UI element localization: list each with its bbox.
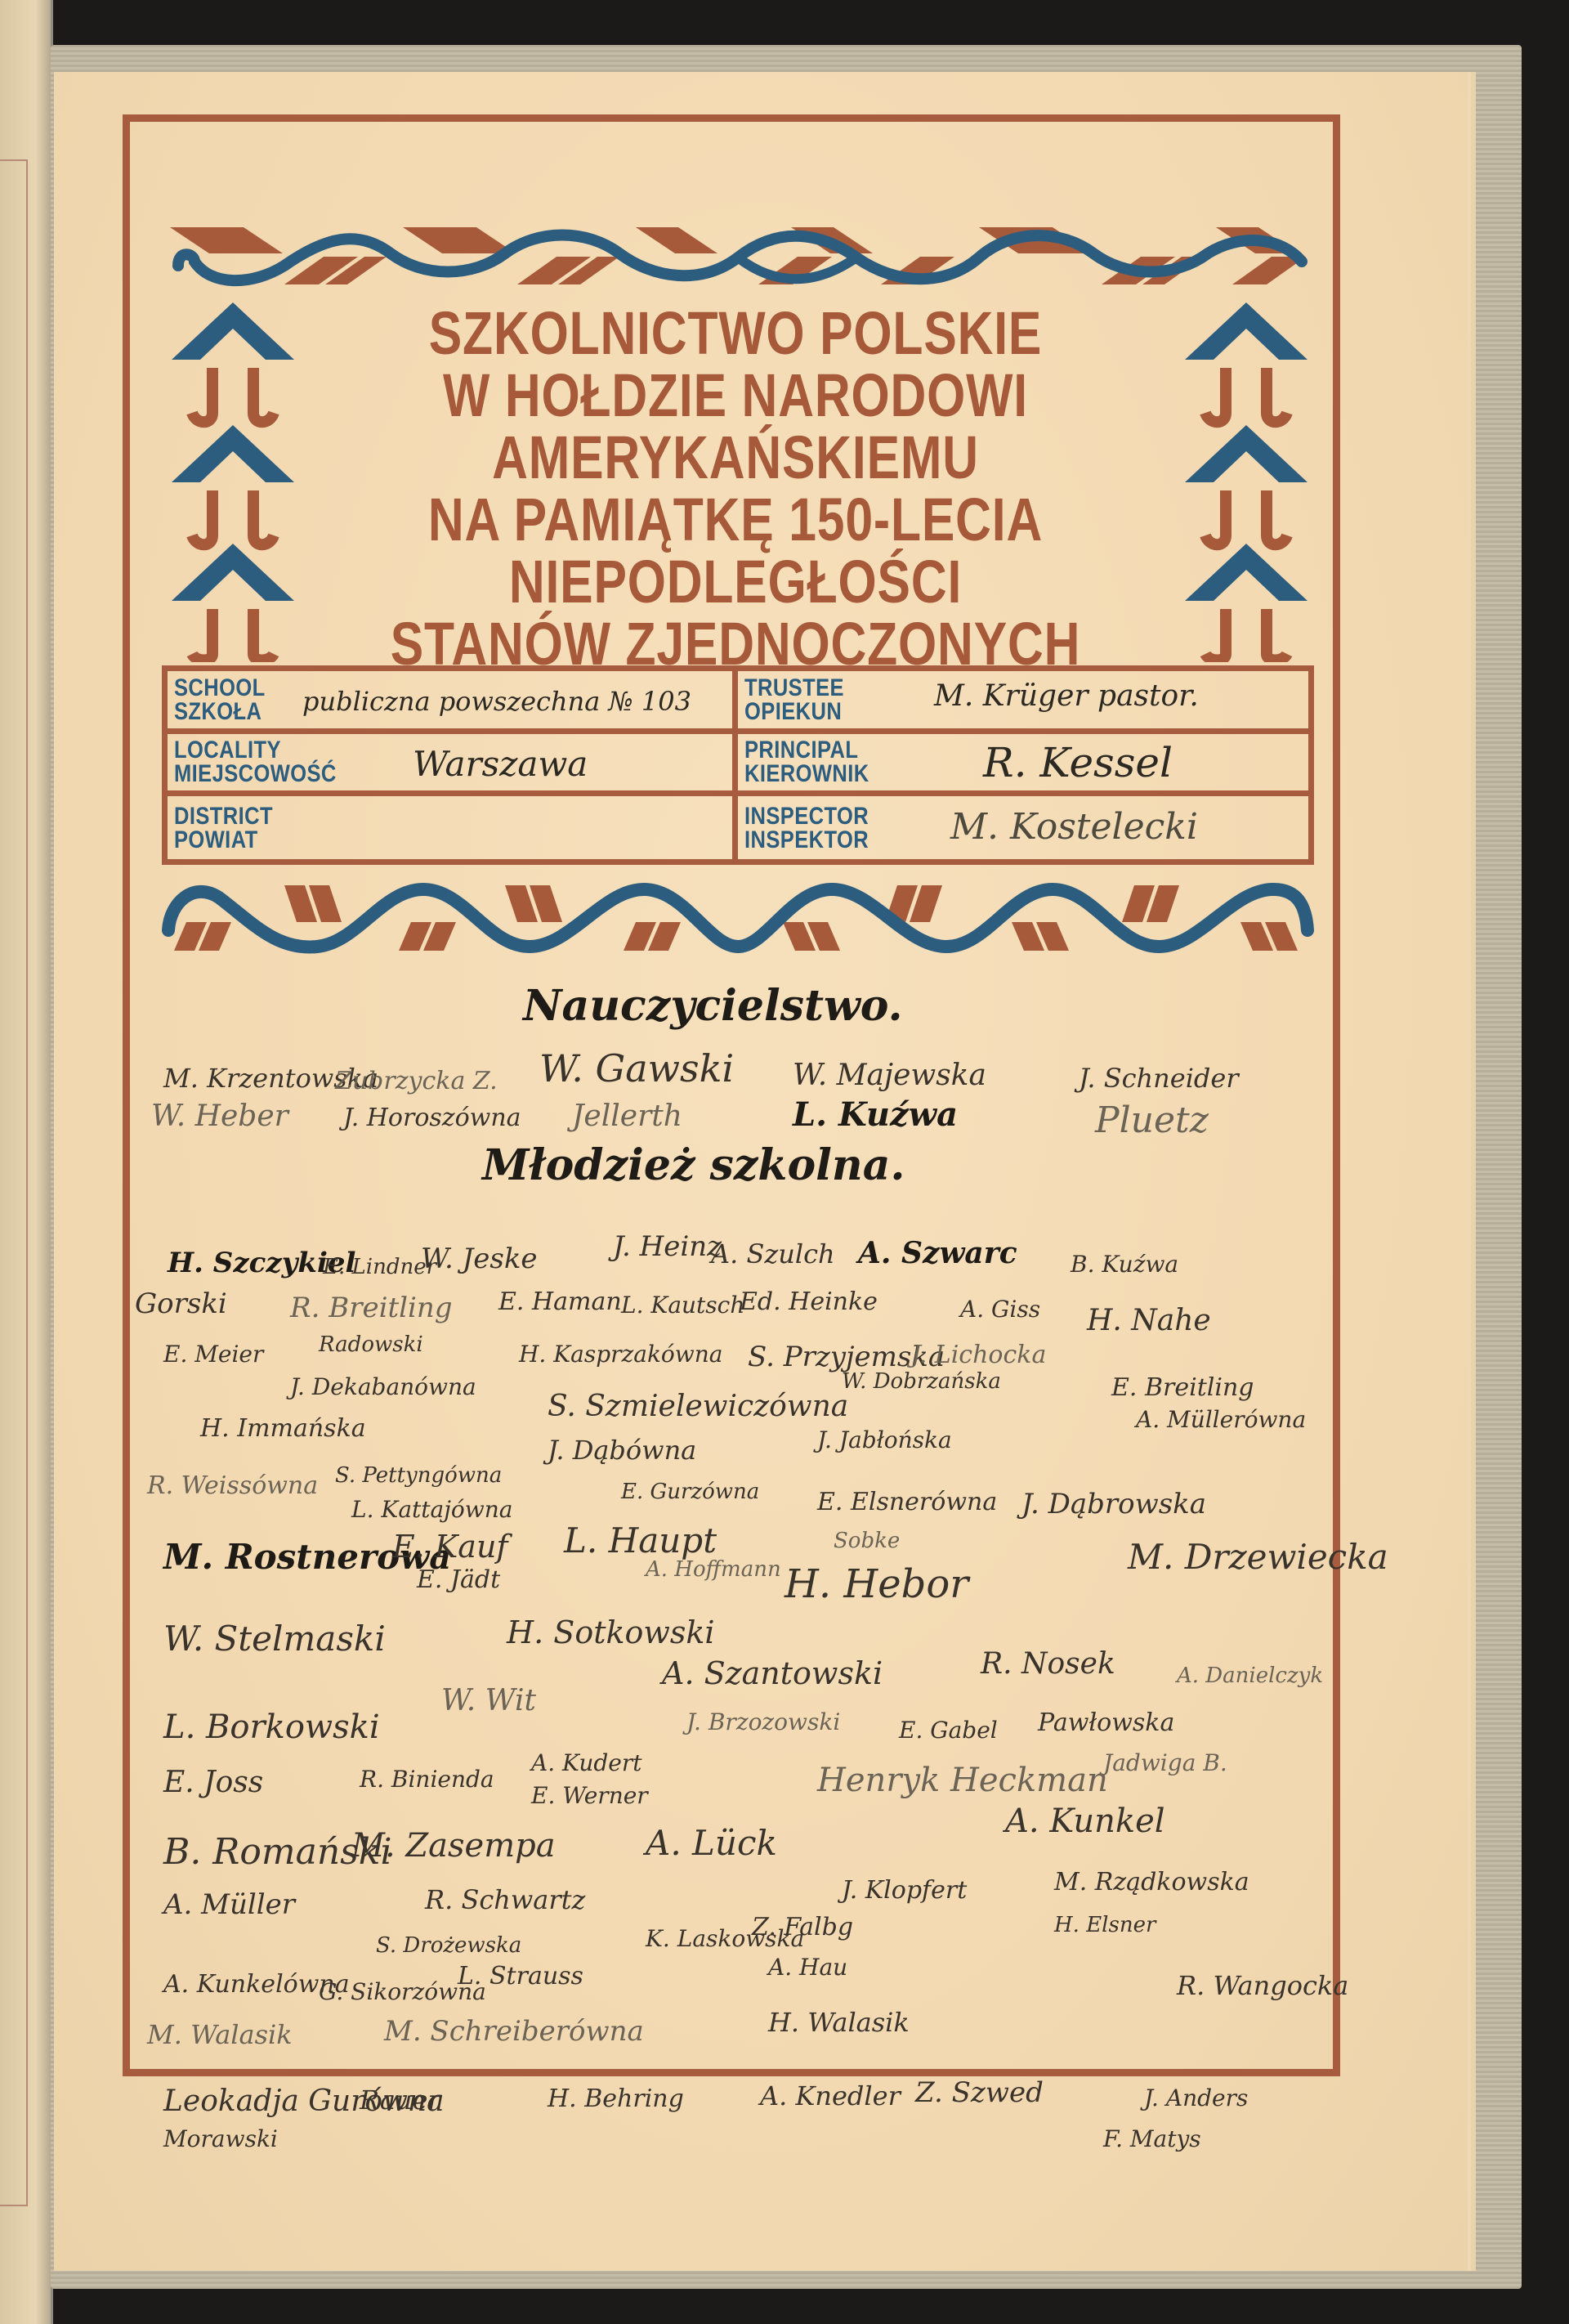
locality-field: LOCALITYMIEJSCOWOŚĆ Warszawa [168,734,738,797]
signature: L. Strauss [458,1962,583,1990]
signature: A. Szulch [711,1238,835,1269]
signature: A. Müllerówna [1136,1406,1306,1433]
signature: H. Behring [548,2084,684,2113]
signature: H. Walasik [768,2007,910,2038]
signature: A. Giss [960,1296,1040,1323]
signature: H. Immańska [200,1414,366,1443]
signature: R. Weissówna [147,1471,318,1500]
adjacent-left-page [0,0,53,2324]
locality-label-pl: MIEJSCOWOŚĆ [174,762,337,786]
signature: J. Lichocka [911,1341,1046,1369]
signature: Jellerth [572,1099,682,1133]
right-side-ornament [1177,294,1316,665]
signature: A. Szwarc [858,1236,1017,1270]
signature: J. Dąbówna [548,1435,696,1466]
top-ornament-band [162,221,1314,294]
signature: W. Gawski [539,1046,734,1090]
signature: W. Jeske [421,1243,538,1275]
school-label-pl: SZKOŁA [174,700,266,723]
signature: E. Lindner [323,1255,436,1279]
signature: M. Zasempa [351,1827,556,1865]
signature: Henryk Heckman [817,1762,1108,1799]
signature: E. Gabel [899,1717,998,1744]
chevron-scroll-ornament-icon [163,294,302,662]
left-side-ornament [163,294,302,665]
signature: H. Elsner [1054,1913,1156,1937]
signature: Z. Falbg [752,1913,853,1941]
signature: E. Joss [163,1766,263,1799]
title-line-4: NA PAMIĄTKĘ 150-LECIA [384,489,1088,551]
school-field: SCHOOLSZKOŁA publiczna powszechna № 103 [168,671,738,734]
signature: R. Schwartz [425,1884,585,1915]
signature: W. Majewska [793,1059,986,1092]
locality-value: Warszawa [413,744,588,784]
signature: Sobke [834,1529,900,1553]
signature: E. Breitling [1111,1373,1254,1402]
signature: Zubrzycka Z. [335,1067,498,1095]
signature: L. Borkowski [163,1708,380,1746]
signature: S. Szmielewiczówna [548,1390,848,1423]
signature: M. Drzewiecka [1128,1537,1388,1577]
signature: A. Kudert [531,1749,642,1776]
signature: J. Klopfert [842,1876,967,1905]
signature: J. Anders [1144,2084,1248,2111]
signature: B. Kuźwa [1071,1251,1178,1278]
trustee-value: M. Krüger pastor. [934,679,1199,713]
wave-ornament-icon [162,221,1314,294]
signature: R. Breitling [290,1292,453,1324]
school-info-table: SCHOOLSZKOŁA publiczna powszechna № 103 … [162,665,1314,865]
signature: E. Kauf [392,1529,507,1565]
signature: E. Meier [163,1341,263,1368]
signature: A. Danielczyk [1177,1664,1323,1688]
signature: J. Dąbrowska [1021,1488,1206,1520]
adjacent-page-frame [0,159,28,2206]
signature: Gorski [135,1287,227,1320]
signature: S. Pettyngówna [335,1463,502,1488]
wave-ornament-icon [162,873,1314,955]
signature: M. Walasik [147,2019,293,2050]
signature: R. Nosek [981,1647,1115,1681]
signature: R. Wangocka [1177,1970,1348,2001]
principal-field: PRINCIPALKIEROWNIK R. Kessel [738,734,1308,797]
signature: J. Schneider [1079,1063,1239,1094]
signature: R. Binienda [360,1766,494,1793]
signature: J. Dekabanówna [290,1373,476,1400]
title-line-3: AMERYKAŃSKIEMU [384,427,1088,489]
school-value: publiczna powszechna № 103 [302,686,691,717]
signature: A. Kunkel [1005,1802,1165,1840]
signature: J. Brzozowski [686,1708,840,1735]
signature: M. Rządkowska [1054,1868,1249,1896]
principal-label-en: PRINCIPAL [744,738,869,762]
signature: A. Szantowski [662,1655,883,1691]
district-label-pl: POWIAT [174,828,273,852]
signature: E. Jädt [417,1565,500,1594]
signature: J. Horoszówna [343,1104,521,1132]
signature: Morawski [163,2125,278,2152]
inspector-value: M. Kostelecki [950,806,1198,848]
signature: J. Heinz [613,1230,722,1263]
signature: Pawłowska [1038,1708,1174,1737]
document-title: SZKOLNICTWO POLSKIE W HOŁDZIE NARODOWI A… [306,302,1164,675]
principal-value: R. Kessel [983,739,1173,786]
principal-label-pl: KIEROWNIK [744,762,869,786]
signature: W. Heber [151,1099,288,1133]
signature: A. Hoffmann [646,1557,781,1582]
signature: E. Gurzówna [621,1480,759,1504]
signature: Z. Szwed [915,2076,1044,2109]
inspector-label-en: INSPECTOR [744,804,869,828]
title-line-1: SZKOLNICTWO POLSKIE [384,302,1088,365]
trustee-label-pl: OPIEKUN [744,700,844,723]
signature: E. Haman [498,1287,622,1316]
title-line-5: NIEPODLEGŁOŚCI [384,551,1088,613]
signature: L. Kattajówna [351,1496,512,1523]
signature: Pluetz [1095,1099,1209,1141]
signature: A. Hau [768,1954,847,1981]
signature: H. Kasprzakówna [519,1341,722,1368]
signature: Jadwiga B. [1103,1749,1227,1776]
students-heading: Młodzież szkolna. [482,1140,905,1190]
signature: W. Dobrzańska [842,1369,1001,1394]
signature: Ed. Heinke [740,1287,878,1316]
signature: S. Drożewska [376,1933,521,1958]
signature: L. Kautsch [621,1292,744,1319]
inspector-field: INSPECTORINSPEKTOR M. Kostelecki [738,796,1308,859]
signature: F. Matys [1103,2125,1201,2152]
school-label-en: SCHOOL [174,676,266,700]
trustee-field: TRUSTEEOPIEKUN M. Krüger pastor. [738,671,1308,734]
signature: H. Nahe [1087,1304,1211,1337]
chevron-scroll-ornament-icon [1177,294,1316,662]
signature: A. Müller [163,1888,295,1921]
district-label-en: DISTRICT [174,804,273,828]
bottom-ornament-band [162,873,1314,955]
signature: M. Schreiberówna [384,2015,644,2048]
signature: W. Wit [441,1684,536,1717]
signature: E. Elsnerówna [817,1488,997,1516]
signature: H. Sotkowski [507,1614,715,1650]
signature: J. Jabłońska [817,1426,952,1453]
district-field: DISTRICTPOWIAT [168,796,738,859]
signature: H. Hebor [784,1561,968,1607]
signature: Rauer [360,2084,440,2116]
signature: Radowski [319,1332,423,1357]
signature: E. Werner [531,1782,648,1809]
teachers-heading: Nauczycielstwo. [523,981,903,1031]
signature: A. Lück [646,1823,777,1863]
trustee-label-en: TRUSTEE [744,676,844,700]
inspector-label-pl: INSPEKTOR [744,828,869,852]
signature: A. Knedler [760,2080,901,2111]
signature: L. Haupt [564,1520,717,1561]
title-line-2: W HOŁDZIE NARODOWI [384,365,1088,427]
signature: W. Stelmaski [163,1619,386,1659]
locality-label-en: LOCALITY [174,738,337,762]
signature: L. Kuźwa [793,1095,958,1134]
